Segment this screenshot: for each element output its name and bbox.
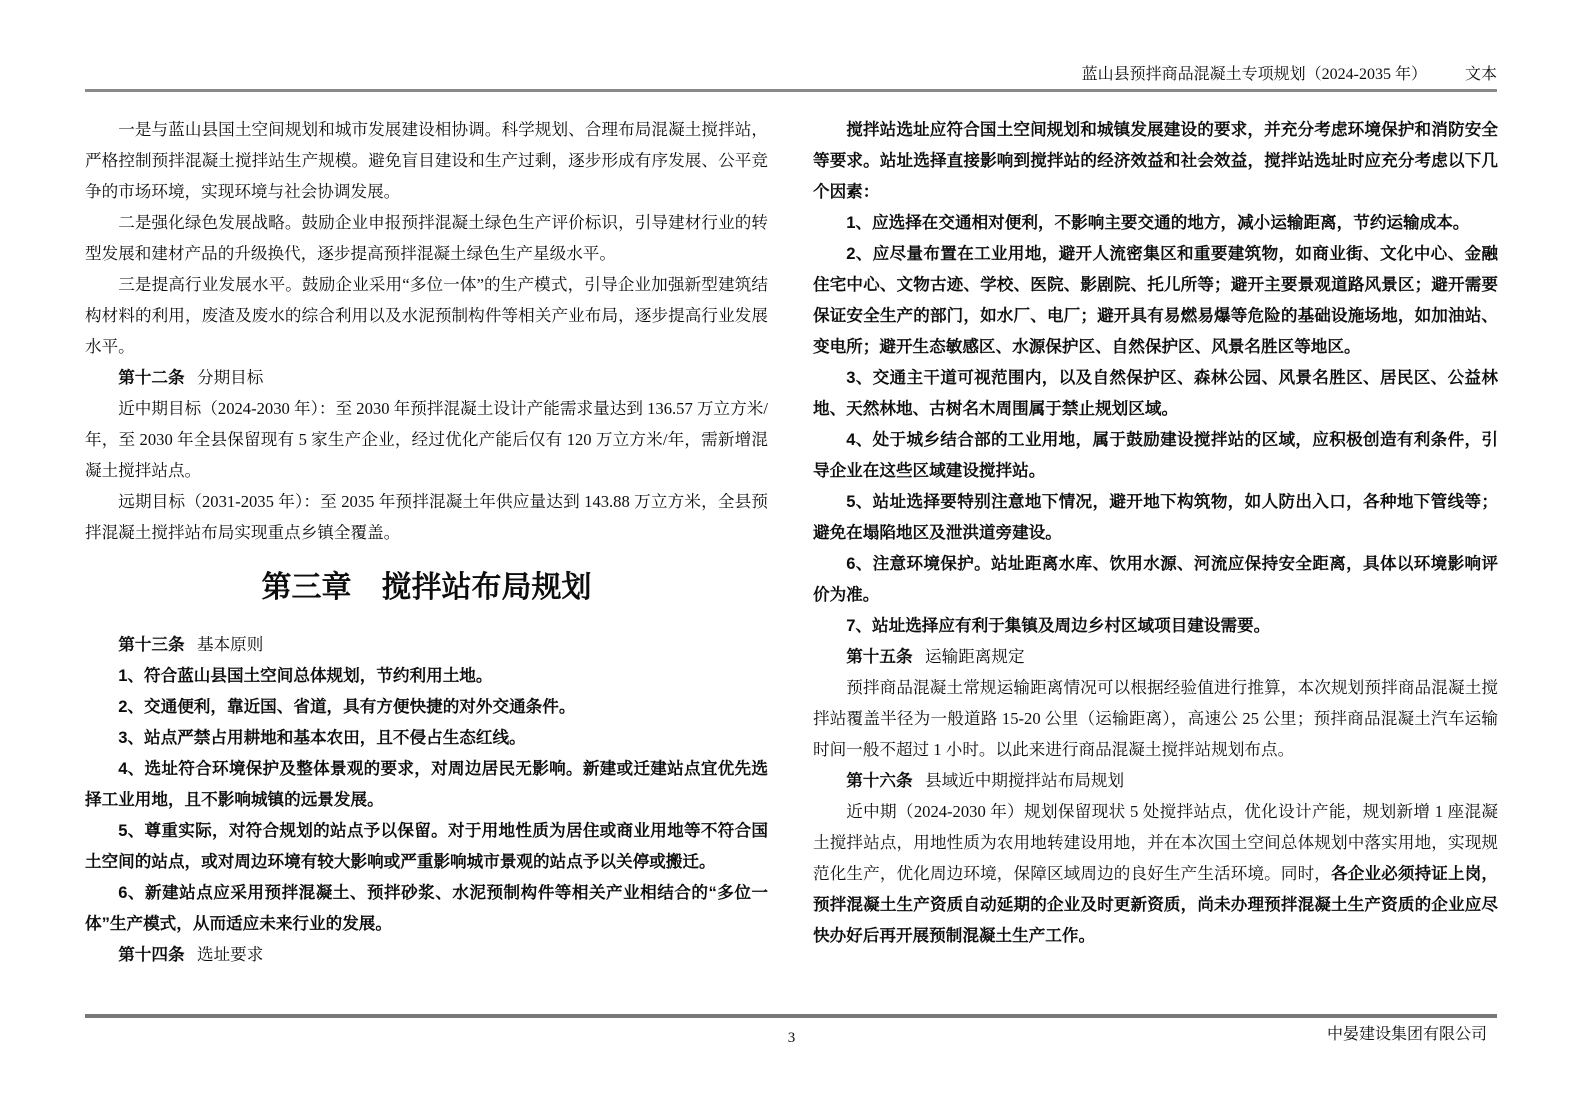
article-15-title: 运输距离规定 <box>925 647 1025 666</box>
article-14-heading: 第十四条选址要求 <box>85 939 768 970</box>
article-13-heading: 第十三条基本原则 <box>85 629 768 660</box>
principle-item: 1、符合蓝山县国土空间总体规划，节约利用土地。 <box>85 660 768 691</box>
article-13-title: 基本原则 <box>197 635 263 654</box>
document-body: 一是与蓝山县国土空间规划和城市发展建设相协调。科学规划、合理布局混凝土搅拌站，严… <box>85 114 1498 970</box>
article-16-number: 第十六条 <box>846 771 912 790</box>
principle-item: 6、新建站点应采用预拌混凝土、预拌砂浆、水泥预制构件等相关产业相结合的“多位一体… <box>85 877 768 939</box>
principle-item: 3、站点严禁占用耕地和基本农田，且不侵占生态红线。 <box>85 722 768 753</box>
siting-factor-item: 1、应选择在交通相对便利，不影响主要交通的地方，减小运输距离，节约运输成本。 <box>813 207 1498 238</box>
paragraph-industry-level: 三是提高行业发展水平。鼓励企业采用“多位一体”的生产模式，引导企业加强新型建筑结… <box>85 269 768 362</box>
article-12-number: 第十二条 <box>118 368 184 387</box>
chapter-3-heading: 第三章 搅拌站布局规划 <box>85 564 768 612</box>
paragraph-long-term-goal: 远期目标（2031-2035 年）：至 2035 年预拌混凝土年供应量达到 14… <box>85 486 768 548</box>
paragraph-green-development: 二是强化绿色发展战略。鼓励企业申报预拌混凝土绿色生产评价标识，引导建材行业的转型… <box>85 207 768 269</box>
document-page: 蓝山县预拌商品混凝土专项规划（2024-2035 年）文本 一是与蓝山县国土空间… <box>0 0 1583 1118</box>
article-15-heading: 第十五条运输距离规定 <box>813 641 1498 672</box>
paragraph-transport-distance: 预拌商品混凝土常规运输距离情况可以根据经验值进行推算，本次规划预拌商品混凝土搅拌… <box>813 672 1498 765</box>
article-16-title: 县域近中期搅拌站布局规划 <box>925 771 1124 790</box>
siting-factor-item: 3、交通主干道可视范围内，以及自然保护区、森林公园、风景名胜区、居民区、公益林地… <box>813 362 1498 424</box>
principle-item: 5、尊重实际，对符合规划的站点予以保留。对于用地性质为居住或商业用地等不符合国土… <box>85 815 768 877</box>
paragraph-near-term-goal: 近中期目标（2024-2030 年）：至 2030 年预拌混凝土设计产能需求量达… <box>85 393 768 486</box>
paragraph-coordination: 一是与蓝山县国土空间规划和城市发展建设相协调。科学规划、合理布局混凝土搅拌站，严… <box>85 114 768 207</box>
article-16-heading: 第十六条县域近中期搅拌站布局规划 <box>813 765 1498 796</box>
siting-factor-item: 6、注意环境保护。站址距离水库、饮用水源、河流应保持安全距离，具体以环境影响评价… <box>813 548 1498 610</box>
header-title: 蓝山县预拌商品混凝土专项规划（2024-2035 年） <box>1082 66 1427 83</box>
footer-rule <box>85 1014 1497 1018</box>
article-13-number: 第十三条 <box>118 635 184 654</box>
footer-company-name: 中晏建设集团有限公司 <box>1327 1024 1487 1046</box>
principle-item: 4、选址符合环境保护及整体景观的要求，对周边居民无影响。新建或迁建站点宜优先选择… <box>85 753 768 815</box>
siting-factor-item: 2、应尽量布置在工业用地，避开人流密集区和重要建筑物，如商业街、文化中心、金融住… <box>813 238 1498 362</box>
siting-factor-item: 7、站址选择应有利于集镇及周边乡村区域项目建设需要。 <box>813 610 1498 641</box>
principle-item: 2、交通便利，靠近国、省道，具有方便快捷的对外交通条件。 <box>85 691 768 722</box>
left-column: 一是与蓝山县国土空间规划和城市发展建设相协调。科学规划、合理布局混凝土搅拌站，严… <box>85 114 768 970</box>
article-15-number: 第十五条 <box>846 647 912 666</box>
siting-factor-item: 4、处于城乡结合部的工业用地，属于鼓励建设搅拌站的区域，应积极创造有利条件，引导… <box>813 424 1498 486</box>
article-14-title: 选址要求 <box>197 945 263 964</box>
siting-factor-item: 5、站址选择要特别注意地下情况，避开地下构筑物，如人防出入口，各种地下管线等；避… <box>813 486 1498 548</box>
header-rule <box>85 89 1497 92</box>
paragraph-near-term-layout: 近中期（2024-2030 年）规划保留现状 5 处搅拌站点，优化设计产能，规划… <box>813 796 1498 951</box>
article-14-number: 第十四条 <box>118 945 184 964</box>
page-header: 蓝山县预拌商品混凝土专项规划（2024-2035 年）文本 <box>85 64 1497 86</box>
article-12-heading: 第十二条分期目标 <box>85 362 768 393</box>
siting-intro-paragraph: 搅拌站选址应符合国土空间规划和城镇发展建设的要求，并充分考虑环境保护和消防安全等… <box>813 114 1498 207</box>
header-doc-type: 文本 <box>1465 66 1497 83</box>
article-12-title: 分期目标 <box>197 368 263 387</box>
right-column: 搅拌站选址应符合国土空间规划和城镇发展建设的要求，并充分考虑环境保护和消防安全等… <box>813 114 1498 970</box>
